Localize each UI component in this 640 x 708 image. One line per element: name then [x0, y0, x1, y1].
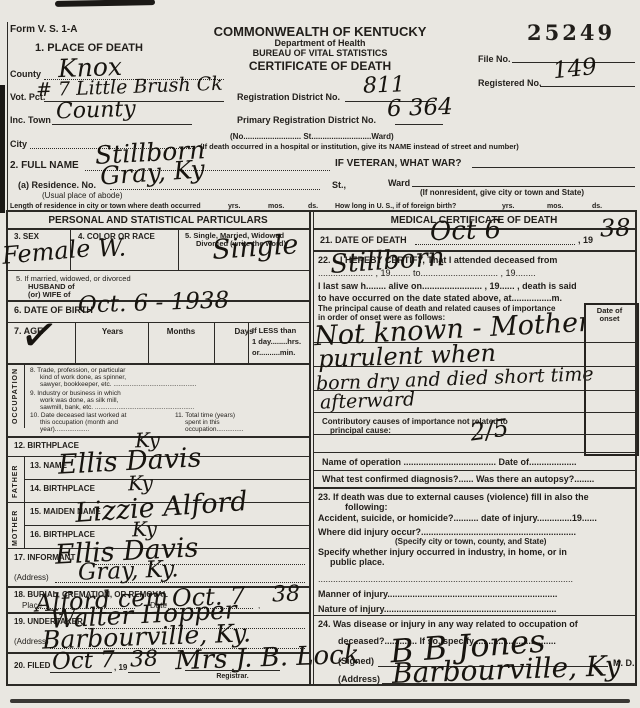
- onset-label-2: onset: [586, 315, 633, 323]
- residence-value: Gray, Ky: [99, 156, 205, 188]
- informant-addr-line: [55, 582, 305, 583]
- header-commonwealth: COMMONWEALTH OF KENTUCKY: [190, 25, 450, 39]
- specify-line2: public place.: [330, 558, 385, 567]
- nature-label: Nature of injury........................…: [318, 605, 556, 614]
- test-underline: [313, 487, 635, 489]
- father-side-label: FATHER: [12, 465, 19, 498]
- row-divider-4: [6, 363, 309, 365]
- ward-line: [412, 186, 635, 187]
- column-divider: [309, 210, 311, 684]
- occ8-line3: sawyer, bookkeeper, etc. ...............…: [40, 382, 196, 389]
- columns-top-border: [6, 210, 637, 212]
- veteran-label: IF VETERAN, WHAT WAR?: [335, 159, 461, 170]
- inc-town-line: [52, 124, 192, 125]
- burial-comma: ,: [258, 602, 260, 610]
- signed-label: (Signed): [338, 657, 374, 666]
- residence-line: [110, 189, 320, 190]
- signed-addr-label: (Address): [338, 675, 380, 684]
- row-divider-1: [6, 270, 309, 271]
- scan-edge-strip: [0, 85, 5, 213]
- death-certificate-scan: Form V. S. 1-A COMMONWEALTH OF KENTUCKY …: [0, 0, 640, 708]
- mother-name-value: Lizzie Alford: [74, 488, 248, 527]
- age-divider-2: [148, 322, 149, 363]
- occ9-line3: sawmill, bank, etc. ....................…: [40, 405, 194, 412]
- city-street-hint: (No.......................... St........…: [230, 133, 394, 141]
- filed-19: , 19: [114, 664, 127, 672]
- race-value: W.: [98, 236, 127, 261]
- registered-no-label: Registered No.: [478, 79, 542, 88]
- dod-year-value: 38: [600, 215, 631, 240]
- certificate-number: 25249: [527, 22, 615, 44]
- inc-town-value: County: [56, 99, 136, 124]
- certify-overlay-value: Stillborn: [329, 244, 445, 278]
- age-years-label: Years: [80, 328, 145, 336]
- registrar-line: [185, 670, 280, 671]
- age-divider-1: [75, 322, 76, 363]
- street-label: St.,: [332, 181, 346, 190]
- certify-line4: to have occurred on the date stated abov…: [318, 294, 562, 303]
- reg-district-value: 811: [363, 74, 406, 97]
- registered-no-value: 149: [552, 56, 598, 83]
- mother-side-label: MOTHER: [12, 510, 19, 546]
- age-divider-3: [214, 322, 215, 363]
- filed-date-line: [50, 672, 112, 673]
- veteran-line: [472, 167, 635, 168]
- dod-19: , 19: [578, 236, 593, 245]
- primary-reg-value: 6 364: [387, 96, 454, 121]
- full-name-label: 2. FULL NAME: [10, 161, 79, 172]
- occupation-side-label: OCCUPATION: [12, 368, 19, 424]
- row-divider-9: [24, 525, 309, 526]
- informant-addr-label: (Address): [14, 574, 49, 582]
- signed-addr-value: Barbourville, Ky: [392, 652, 622, 688]
- father-bp-label: 14. BIRTHPLACE: [30, 485, 95, 493]
- operation-underline: [313, 470, 635, 471]
- contributory-rule-1: [313, 434, 635, 435]
- age-checkmark: ✓: [17, 310, 62, 361]
- age-less-label-3: or..........min.: [252, 349, 295, 357]
- scan-bottom-band: [10, 699, 630, 703]
- occ10-line3: year)...................: [40, 427, 89, 434]
- personal-section-title: PERSONAL AND STATISTICAL PARTICULARS: [8, 216, 308, 227]
- race-marital-divider: [178, 228, 179, 270]
- file-no-label: File No.: [478, 55, 511, 64]
- test-label: What test confirmed diagnosis?...... Was…: [322, 475, 594, 484]
- primary-reg-line: [395, 124, 443, 125]
- filed-label: 20. FILED: [14, 662, 50, 670]
- burial-year-value: 38: [272, 584, 301, 607]
- scan-smudge-top: [55, 0, 155, 7]
- sex-value: Female: [1, 236, 91, 268]
- occupation-divider: [24, 363, 25, 428]
- county-label: County: [10, 70, 41, 79]
- age-less-label-1: If LESS than: [252, 327, 296, 335]
- city-label: City: [10, 140, 27, 149]
- operation-label: Name of operation ......................…: [322, 458, 577, 467]
- external-line2: following:: [345, 503, 388, 512]
- spouse-label-3: (or) WIFE of: [28, 291, 71, 299]
- registrar-label: Registrar.: [195, 673, 270, 680]
- residence-hint: (Usual place of abode): [42, 192, 123, 200]
- filed-year-value: 38: [130, 649, 159, 672]
- reg-district-label: Registration District No.: [237, 93, 340, 102]
- occ11-line3: occupation...............: [185, 427, 244, 434]
- informant-addr-value: Gray, Ky.: [78, 558, 179, 584]
- nonresident-hint: (If nonresident, give city or town and S…: [420, 189, 584, 197]
- header-certificate-title: CERTIFICATE OF DEATH: [190, 60, 450, 73]
- column-divider-inner: [313, 210, 314, 684]
- filed-year-line: [128, 672, 160, 673]
- filed-date-value: Oct 7: [52, 649, 116, 674]
- left-border-top: [7, 22, 8, 212]
- header-bureau: BUREAU OF VITAL STATISTICS: [190, 49, 450, 58]
- accident-label: Accident, suicide, or homicide?.........…: [318, 514, 597, 523]
- certify-line3: I last saw h........ alive on...........…: [318, 282, 577, 291]
- inc-town-label: Inc. Town: [10, 116, 51, 125]
- city-hospital-hint: (If death occurred in a hospital or inst…: [200, 143, 519, 151]
- contributory-value: 2/5: [469, 415, 511, 444]
- form-number: Form V. S. 1-A: [10, 25, 77, 36]
- registered-no-line: [540, 86, 635, 87]
- residence-label: (a) Residence. No.: [18, 181, 96, 190]
- nature-underline: [313, 615, 635, 616]
- marital-value: Single: [211, 231, 299, 264]
- age-less-label-2: 1 day........hrs.: [252, 338, 301, 346]
- ward-label: Ward: [388, 179, 410, 188]
- age-divider-4: [248, 322, 249, 363]
- manner-label: Manner of injury........................…: [318, 590, 557, 599]
- dob-value: Oct. 6 - 1938: [78, 289, 230, 317]
- age-months-label: Months: [150, 328, 212, 336]
- father-bp-value: Ky: [128, 473, 154, 494]
- dod-label: 21. DATE OF DEATH: [320, 236, 407, 245]
- personal-title-underline: [6, 228, 309, 230]
- dod-value: Oct 6: [430, 217, 502, 245]
- contributory-rule-2: [313, 452, 635, 453]
- cause-value-4: afterward: [320, 390, 416, 412]
- primary-reg-label: Primary Registration District No.: [237, 116, 376, 125]
- dots-line: ........................................…: [318, 575, 573, 584]
- where-hint: (Specify city or town, county, and State…: [395, 538, 546, 546]
- row-divider-7: [24, 479, 309, 480]
